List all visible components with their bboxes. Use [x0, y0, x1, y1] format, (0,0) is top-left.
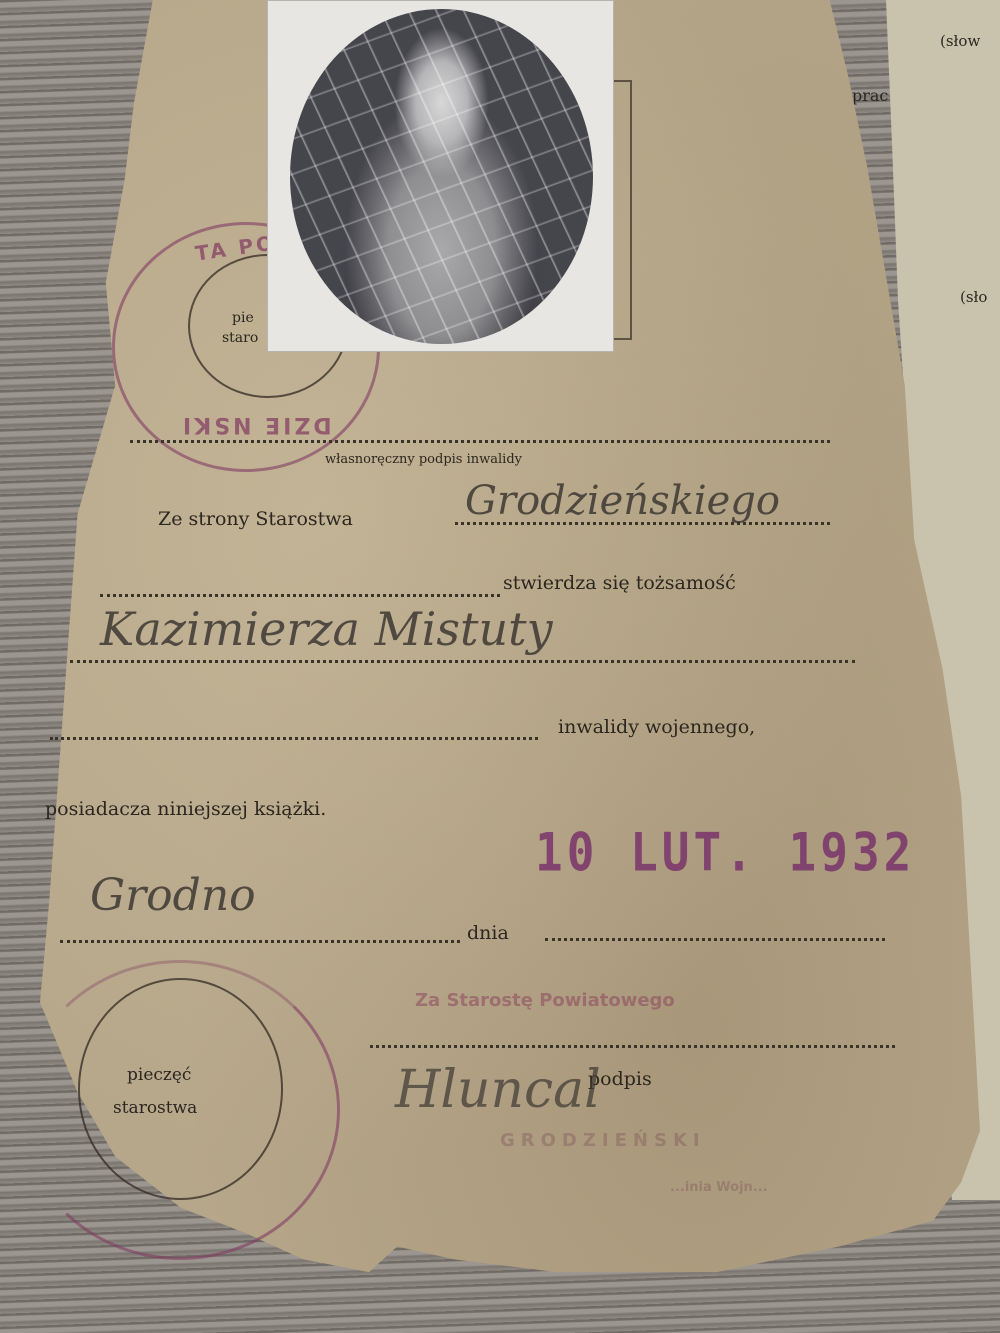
starostwo-label: Ze strony Starostwa	[158, 508, 353, 530]
faded-stamp-line2: ...inia Wojn...	[670, 1180, 768, 1195]
identity-line	[100, 594, 500, 597]
name-handwritten: Kazimierza Mistuty	[100, 602, 553, 656]
date-line	[545, 938, 885, 941]
official-starosta-stamp: Za Starostę Powiatowego	[415, 990, 675, 1011]
place-line	[60, 940, 460, 943]
signature-line	[130, 440, 830, 443]
right-page-fragment-top: (słow	[940, 32, 980, 50]
seal-label-pieczec: pieczęć	[127, 1065, 191, 1085]
portrait-oval	[290, 9, 593, 344]
seal-label-starostwa: starostwa	[113, 1098, 197, 1118]
stamp-text-bottom: DZIE NSKI	[180, 412, 332, 437]
holder-line: posiadacza niniejszej książki.	[45, 798, 326, 820]
starostwo-line	[455, 522, 830, 525]
name-line	[70, 660, 855, 663]
right-page-fragment-lower: (sło	[960, 288, 987, 306]
seal-label-line2: staro	[222, 330, 258, 346]
faded-stamp-line1: GRODZIEŃSKI	[500, 1130, 706, 1151]
date-label: dnia	[467, 922, 509, 944]
seal-label-line1: pie	[232, 310, 254, 326]
place-handwritten: Grodno	[90, 870, 256, 921]
photo-frame-outline	[614, 80, 632, 340]
identity-label: stwierdza się tożsamość	[503, 572, 736, 594]
invalid-line	[50, 737, 538, 740]
right-page-fragment-mid: prac	[852, 86, 888, 105]
date-stamp: 10 LUT. 1932	[535, 821, 915, 883]
starostwo-handwritten: Grodzieńskiego	[465, 478, 780, 524]
official-signature-line	[370, 1045, 895, 1048]
signature-caption: własnoręczny podpis inwalidy	[325, 452, 522, 467]
official-signature-handwritten: Hluncal	[395, 1060, 601, 1120]
portrait-photo	[267, 0, 614, 352]
invalid-label: inwalidy wojennego,	[558, 716, 755, 738]
